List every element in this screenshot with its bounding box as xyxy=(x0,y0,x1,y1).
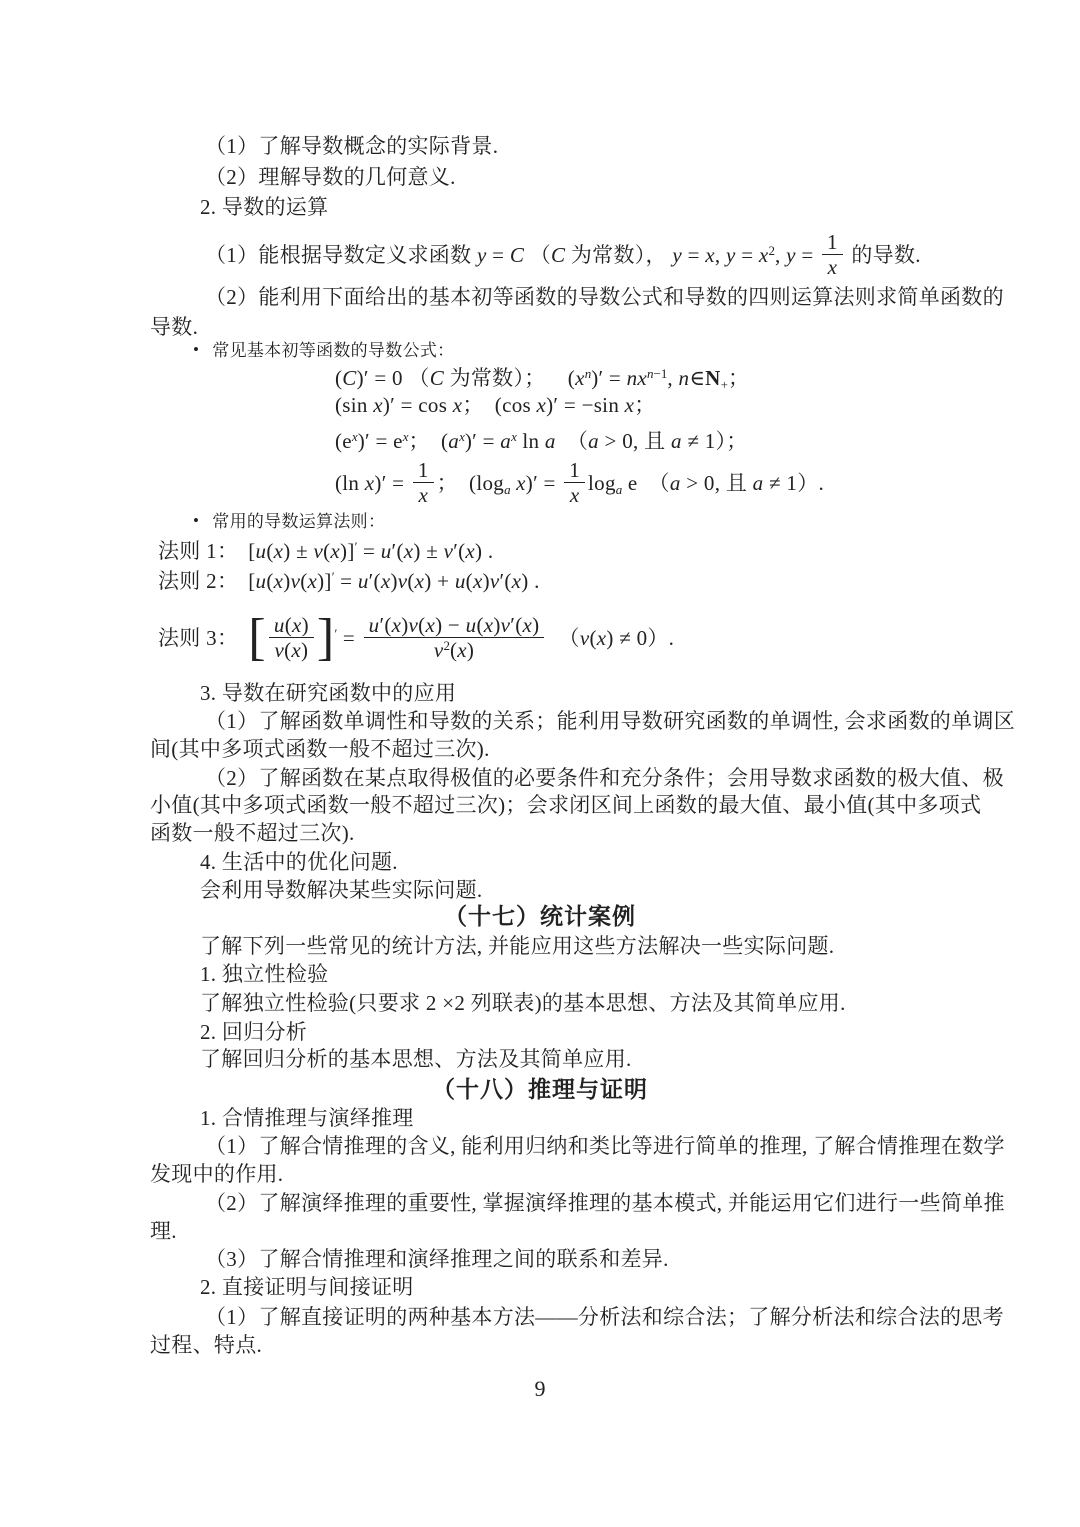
line-text: （十七）统计案例 xyxy=(444,904,636,929)
line-text: （1）了解导数概念的实际背景. xyxy=(205,134,498,158)
text-line: （1）能根据导数定义求函数 y = C （C 为常数）， y = x, y = … xyxy=(205,234,921,281)
text-line: 理. xyxy=(150,1218,177,1245)
text-line: 2. 直接证明与间接证明 xyxy=(200,1274,414,1301)
line-text: 2. 导数的运算 xyxy=(200,195,328,219)
line-text: (C)′ = 0 （C 为常数）； (xn)′ = nxn−1, n∈N+； xyxy=(335,366,749,390)
line-text: 1. 合情推理与演绎推理 xyxy=(200,1106,414,1130)
line-text: （1）了解函数单调性和导数的关系；能利用导数研究函数的单调性, 会求函数的单调区 xyxy=(205,709,1015,733)
text-line: （3）了解合情推理和演绎推理之间的联系和差异. xyxy=(205,1246,669,1273)
formula-line: (ln x)′ = 1x； (loga x)′ = 1xloga e （a > … xyxy=(335,462,824,509)
text-line: 过程、特点. xyxy=(150,1332,262,1359)
text-line: （2）了解函数在某点取得极值的必要条件和充分条件；会用导数求函数的极大值、极 xyxy=(205,765,1004,792)
derivative-rule-line: 法则 2：[u(x)v(x)]′ = u′(x)v(x) + u(x)v′(x)… xyxy=(158,563,540,595)
line-text: （十八）推理与证明 xyxy=(432,1077,648,1102)
line-text: 2. 直接证明与间接证明 xyxy=(200,1275,414,1299)
text-line: （2）了解演绎推理的重要性, 掌握演绎推理的基本模式, 并能运用它们进行一些简单… xyxy=(205,1190,1005,1217)
text-line: 2. 回归分析 xyxy=(200,1019,307,1046)
line-text: [u(x)v(x)]′ = u′(x)v(x) − u(x)v′(x)v2(x)… xyxy=(248,626,674,650)
text-line: 函数一般不超过三次). xyxy=(150,820,355,847)
text-line: （1）了解导数概念的实际背景. xyxy=(205,133,498,160)
line-text: 了解回归分析的基本思想、方法及其简单应用. xyxy=(200,1047,632,1071)
text-line: 了解回归分析的基本思想、方法及其简单应用. xyxy=(200,1046,632,1073)
line-text: [u(x)v(x)]′ = u′(x)v(x) + u(x)v′(x) . xyxy=(248,569,539,593)
line-text: [u(x) ± v(x)]′ = u′(x) ± v′(x) . xyxy=(248,539,493,563)
line-text: （2）了解演绎推理的重要性, 掌握演绎推理的基本模式, 并能运用它们进行一些简单… xyxy=(205,1191,1005,1215)
bullet-icon: • xyxy=(193,336,199,363)
derivative-rule-line: 法则 3：[u(x)v(x)]′ = u′(x)v(x) − u(x)v′(x)… xyxy=(158,617,674,664)
text-line: 会利用导数解决某些实际问题. xyxy=(200,877,482,904)
text-line: 1. 独立性检验 xyxy=(200,961,328,988)
text-line: 了解独立性检验(只要求 2 ×2 列联表)的基本思想、方法及其简单应用. xyxy=(200,990,846,1017)
rule-label: 法则 3： xyxy=(158,626,238,650)
line-text: （2）理解导数的几何意义. xyxy=(205,165,456,189)
line-text: 1. 独立性检验 xyxy=(200,962,328,986)
line-text: 2. 回归分析 xyxy=(200,1020,307,1044)
line-text: (sin x)′ = cos x； (cos x)′ = −sin x； xyxy=(335,393,656,417)
line-text: （1）了解直接证明的两种基本方法——分析法和综合法；了解分析法和综合法的思考 xyxy=(205,1305,1004,1329)
line-text: 常见基本初等函数的导数公式： xyxy=(212,341,454,360)
line-text: 4. 生活中的优化问题. xyxy=(200,850,398,874)
line-text: 小值(其中多项式函数一般不超过三次)；会求闭区间上函数的最大值、最小值(其中多项… xyxy=(150,793,981,817)
text-line: 导数. xyxy=(150,314,198,341)
text-line: 了解下列一些常见的统计方法, 并能应用这些方法解决一些实际问题. xyxy=(200,933,834,960)
text-line: （2）能利用下面给出的基本初等函数的导数公式和导数的四则运算法则求简单函数的 xyxy=(205,284,1004,311)
text-line: 4. 生活中的优化问题. xyxy=(200,849,398,876)
section-heading: （十七）统计案例 xyxy=(0,903,1080,930)
text-line: 2. 导数的运算 xyxy=(200,194,328,221)
line-text: 了解下列一些常见的统计方法, 并能应用这些方法解决一些实际问题. xyxy=(200,934,834,958)
line-text: （2）了解函数在某点取得极值的必要条件和充分条件；会用导数求函数的极大值、极 xyxy=(205,766,1004,790)
text-line: 3. 导数在研究函数中的应用 xyxy=(200,680,456,707)
line-text: 3. 导数在研究函数中的应用 xyxy=(200,681,456,705)
line-text: （3）了解合情推理和演绎推理之间的联系和差异. xyxy=(205,1247,669,1271)
formula-line: (sin x)′ = cos x； (cos x)′ = −sin x； xyxy=(335,392,656,419)
line-text: 常用的导数运算法则： xyxy=(212,512,385,531)
bullet-icon: • xyxy=(193,507,199,534)
text-line: 1. 合情推理与演绎推理 xyxy=(200,1105,414,1132)
text-line: （1）了解合情推理的含义, 能利用归纳和类比等进行简单的推理, 了解合情推理在数… xyxy=(205,1133,1005,1160)
line-text: （1）了解合情推理的含义, 能利用归纳和类比等进行简单的推理, 了解合情推理在数… xyxy=(205,1134,1005,1158)
document-page: （1）了解导数概念的实际背景.（2）理解导数的几何意义.2. 导数的运算（1）能… xyxy=(0,0,1080,1527)
line-text: 理. xyxy=(150,1219,177,1243)
rule-label: 法则 2： xyxy=(158,569,238,593)
bullet-item: •常用的导数运算法则： xyxy=(193,507,385,535)
text-line: 小值(其中多项式函数一般不超过三次)；会求闭区间上函数的最大值、最小值(其中多项… xyxy=(150,792,981,819)
line-text: 会利用导数解决某些实际问题. xyxy=(200,878,482,902)
line-text: （1）能根据导数定义求函数 y = C （C 为常数）， y = x, y = … xyxy=(205,243,921,267)
text-line: （1）了解函数单调性和导数的关系；能利用导数研究函数的单调性, 会求函数的单调区 xyxy=(205,708,1015,735)
line-text: 发现中的作用. xyxy=(150,1162,283,1186)
page-number: 9 xyxy=(0,1376,1080,1402)
text-line: 发现中的作用. xyxy=(150,1161,283,1188)
line-text: 导数. xyxy=(150,315,198,339)
line-text: 间(其中多项式函数一般不超过三次). xyxy=(150,737,490,761)
line-text: （2）能利用下面给出的基本初等函数的导数公式和导数的四则运算法则求简单函数的 xyxy=(205,285,1004,309)
text-line: 间(其中多项式函数一般不超过三次). xyxy=(150,736,490,763)
line-text: (ex)′ = ex； (ax)′ = ax ln a （a > 0, 且 a … xyxy=(335,429,748,453)
text-line: （1）了解直接证明的两种基本方法——分析法和综合法；了解分析法和综合法的思考 xyxy=(205,1304,1004,1331)
text-line: （2）理解导数的几何意义. xyxy=(205,164,456,191)
line-text: 过程、特点. xyxy=(150,1333,262,1357)
line-text: 了解独立性检验(只要求 2 ×2 列联表)的基本思想、方法及其简单应用. xyxy=(200,991,846,1015)
line-text: 函数一般不超过三次). xyxy=(150,821,355,845)
rule-label: 法则 1： xyxy=(158,539,238,563)
section-heading: （十八）推理与证明 xyxy=(0,1076,1080,1103)
formula-line: (ex)′ = ex； (ax)′ = ax ln a （a > 0, 且 a … xyxy=(335,423,748,455)
line-text: (ln x)′ = 1x； (loga x)′ = 1xloga e （a > … xyxy=(335,471,824,495)
derivative-rule-line: 法则 1：[u(x) ± v(x)]′ = u′(x) ± v′(x) . xyxy=(158,533,493,565)
